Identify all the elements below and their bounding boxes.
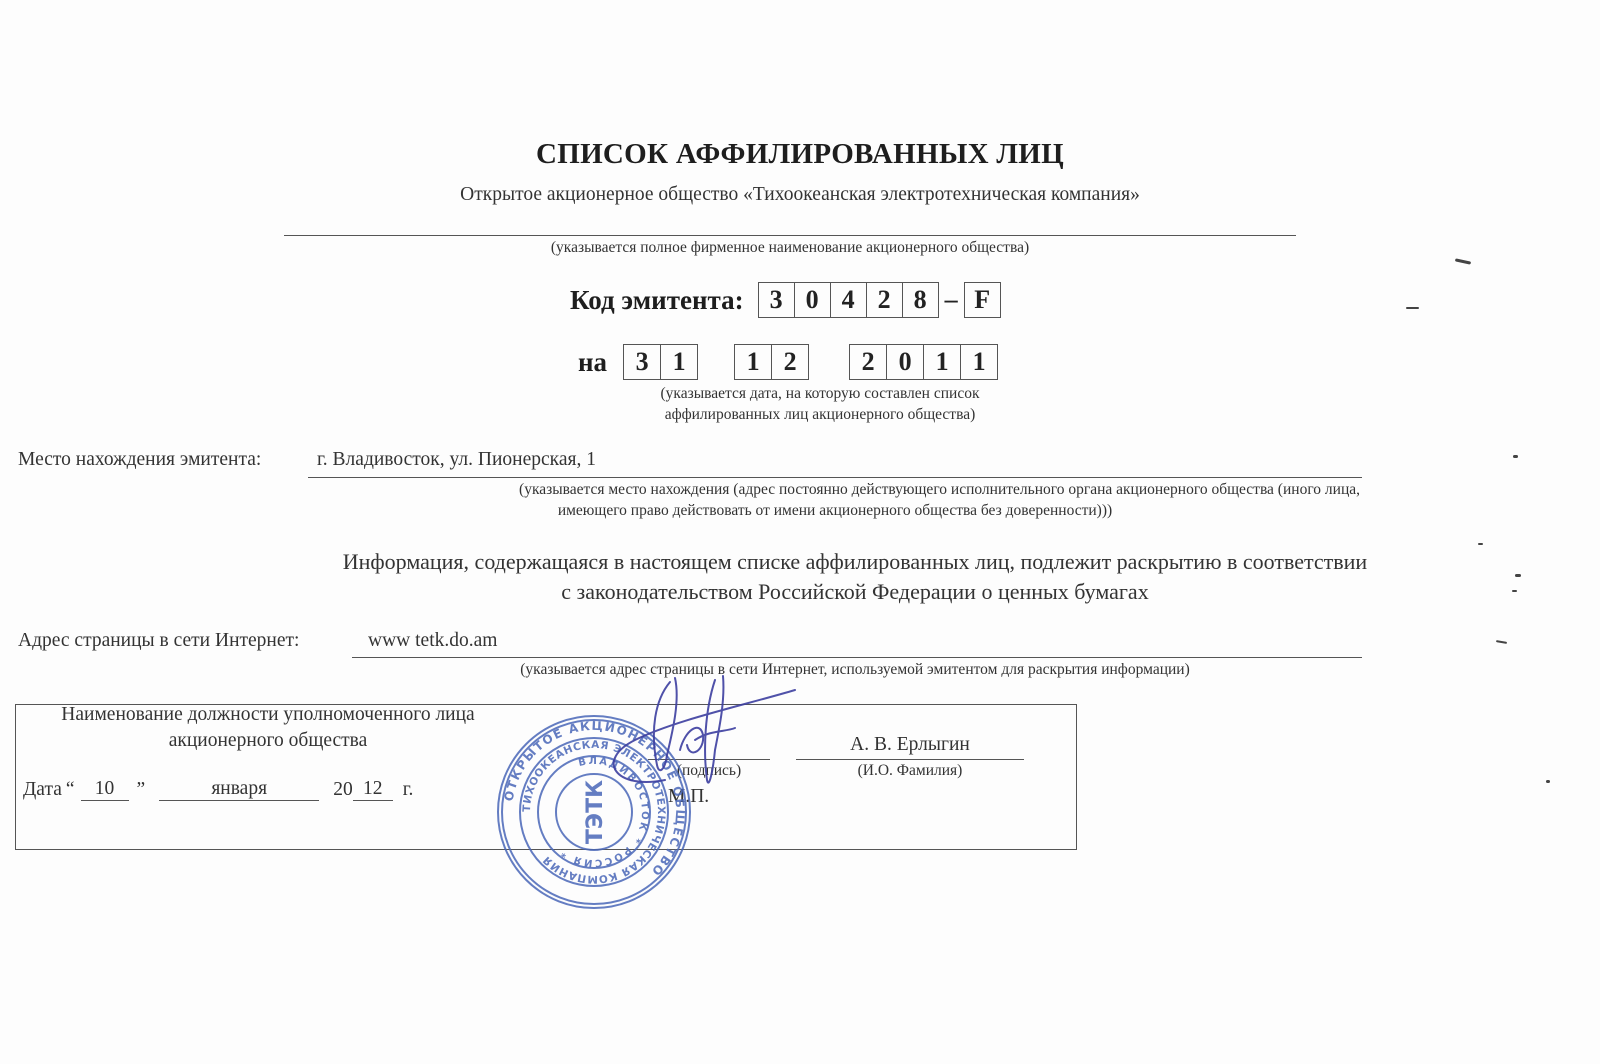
issuer-code-suffix: F	[965, 283, 1000, 317]
report-date-hint-1: (указывается дата, на которую составлен …	[600, 385, 1040, 403]
report-date-digit: 2	[850, 345, 886, 379]
issuer-code-label: Код эмитента:	[570, 285, 744, 316]
report-date-row: на 3 1 1 2 2 0 1 1	[578, 342, 998, 382]
website-label: Адрес страницы в сети Интернет:	[18, 630, 299, 652]
scan-artifact	[1515, 574, 1521, 577]
report-date-digit: 1	[960, 345, 997, 379]
date-day: 10	[81, 778, 129, 801]
scan-artifact	[1496, 640, 1507, 644]
report-date-digit: 1	[923, 345, 960, 379]
company-name: Открытое акционерное общество «Тихоокеан…	[0, 184, 1600, 206]
scan-artifact	[1478, 543, 1483, 545]
position-title-line-1: Наименование должности уполномоченного л…	[23, 704, 513, 726]
location-hint-2: имеющего право действовать от имени акци…	[310, 502, 1360, 520]
location-value: г. Владивосток, ул. Пионерская, 1	[317, 449, 596, 471]
scan-artifact	[1512, 590, 1517, 592]
report-date-digit: 3	[624, 345, 660, 379]
issuer-code-boxes: 3 0 4 2 8	[758, 282, 939, 318]
date-close-quote: ”	[137, 779, 146, 801]
issuer-code-separator: –	[945, 285, 958, 315]
date-month: января	[159, 778, 319, 801]
website-value: www tetk.do.am	[368, 630, 497, 652]
report-date-digit: 1	[660, 345, 697, 379]
issuer-code-digit: 8	[902, 283, 938, 317]
scan-artifact	[1513, 455, 1518, 458]
scan-artifact	[1406, 307, 1419, 309]
issuer-code-digit: 4	[830, 283, 866, 317]
report-date-label: на	[578, 347, 607, 378]
website-underline	[352, 657, 1362, 658]
issuer-code-digit: 2	[866, 283, 902, 317]
report-date-month: 1 2	[734, 344, 809, 380]
signature-date: Дата “ 10 ” января 20 12 г.	[23, 778, 413, 801]
handwritten-signature	[595, 670, 805, 820]
report-date-digit: 0	[886, 345, 923, 379]
scan-artifact	[1455, 258, 1471, 264]
date-label: Дата	[23, 779, 62, 801]
date-year-prefix: 20	[333, 779, 353, 801]
issuer-code-suffix-box: F	[964, 282, 1001, 318]
report-date-day: 3 1	[623, 344, 698, 380]
location-hint-1: (указывается место нахождения (адрес пос…	[310, 481, 1360, 499]
document-title: СПИСОК АФФИЛИРОВАННЫХ ЛИЦ	[0, 138, 1600, 171]
disclosure-notice: Информация, содержащаяся в настоящем спи…	[0, 547, 1600, 607]
disclosure-notice-line-1: Информация, содержащаяся в настоящем спи…	[110, 547, 1600, 577]
date-year-suffix: 12	[353, 778, 393, 801]
location-underline	[308, 477, 1362, 478]
report-date-hint-2: аффилированных лиц акционерного общества…	[600, 406, 1040, 424]
report-date-digit: 1	[735, 345, 771, 379]
disclosure-notice-line-2: с законодательством Российской Федерации…	[110, 577, 1600, 607]
signer-name-hint: (И.О. Фамилия)	[796, 762, 1024, 780]
signer-name: А. В. Ерлыгин	[796, 734, 1024, 756]
position-title-line-2: акционерного общества	[23, 730, 513, 752]
scan-artifact	[1546, 780, 1550, 783]
report-date-year: 2 0 1 1	[849, 344, 998, 380]
date-year-abbrev: г.	[403, 779, 414, 801]
issuer-code-digit: 3	[759, 283, 794, 317]
report-date-digit: 2	[771, 345, 808, 379]
issuer-code-row: Код эмитента: 3 0 4 2 8 – F	[570, 280, 1001, 320]
location-label: Место нахождения эмитента:	[18, 449, 261, 471]
signer-name-underline	[796, 759, 1024, 760]
company-name-underline	[284, 235, 1296, 236]
date-open-quote: “	[66, 779, 75, 801]
website-hint: (указывается адрес страницы в сети Интер…	[440, 661, 1270, 679]
company-name-hint: (указывается полное фирменное наименован…	[284, 239, 1296, 257]
issuer-code-digit: 0	[794, 283, 830, 317]
